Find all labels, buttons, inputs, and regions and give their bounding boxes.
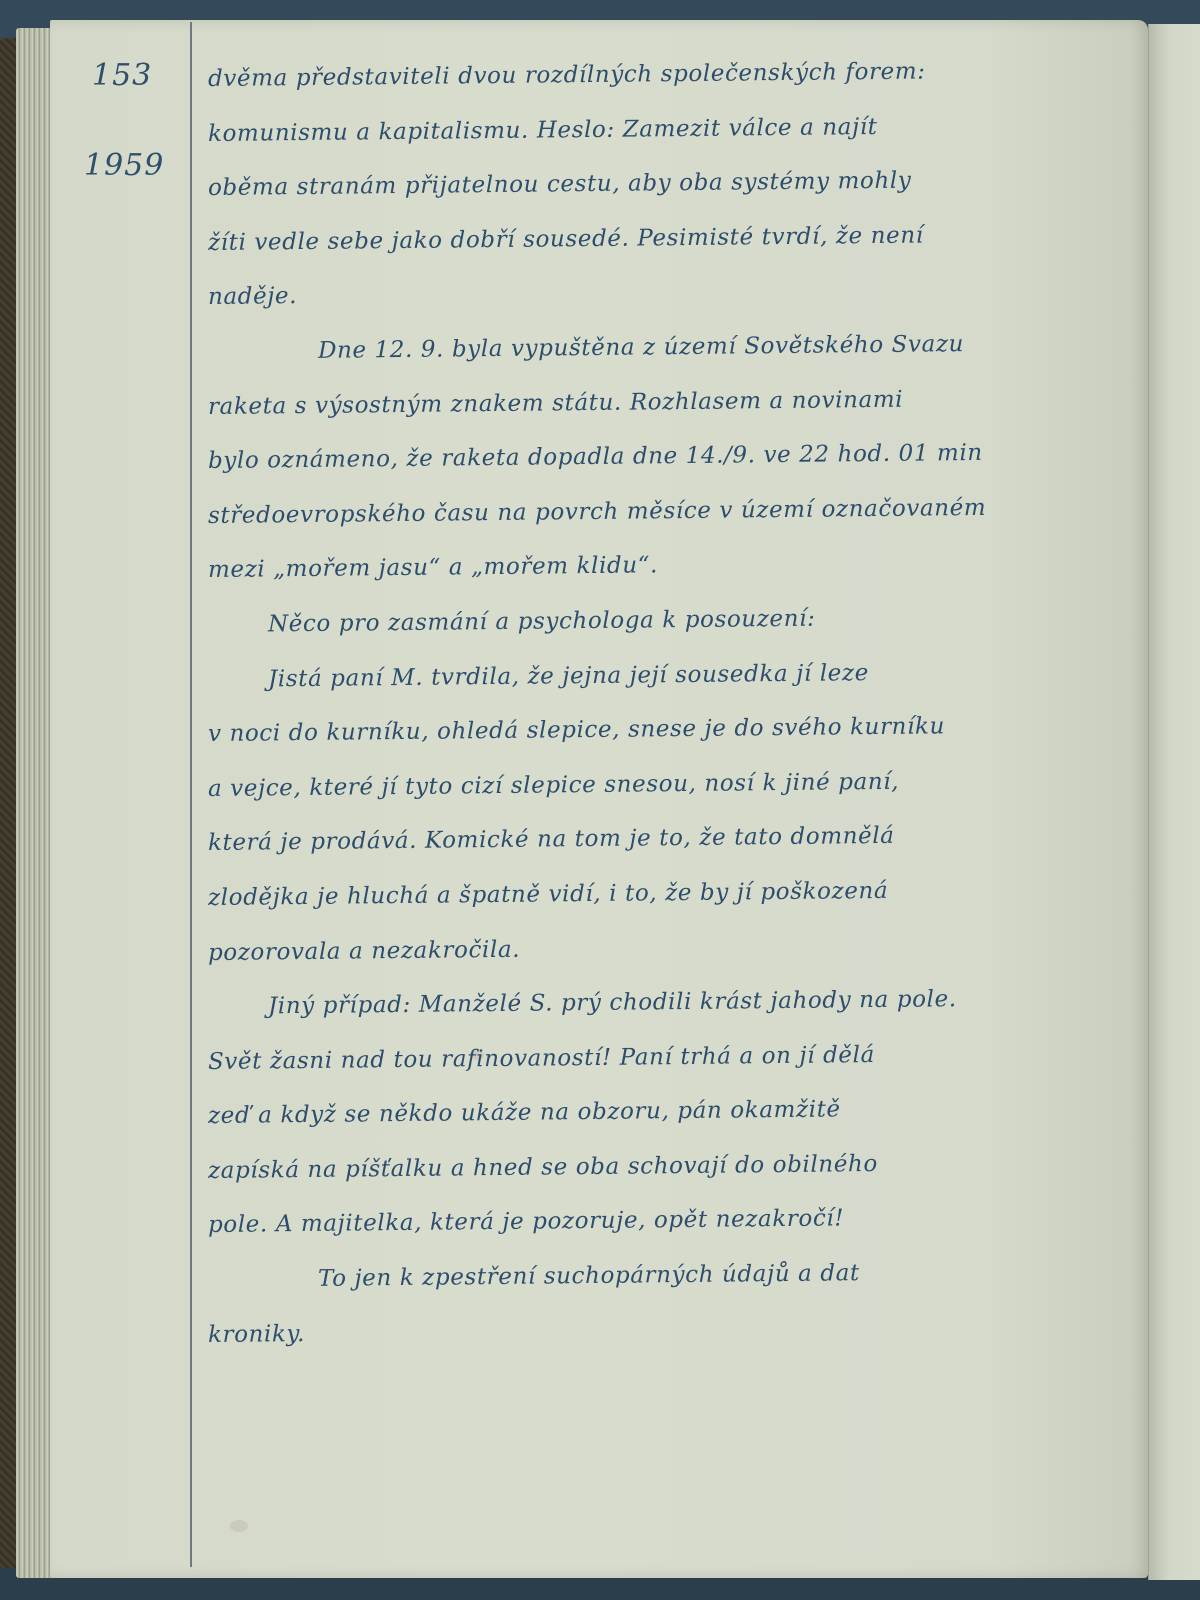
paragraph-start-line: Jistá paní M. tvrdila, že jejna její sou… [208, 643, 1109, 707]
text-line: raketa s výsostným znakem státu. Rozhlas… [208, 370, 1109, 434]
text-line: a vejce, které jí tyto cizí slepice snes… [208, 752, 1109, 816]
text-line: v noci do kurníku, ohledá slepice, snese… [208, 698, 1109, 762]
text-line: žíti vedle sebe jako dobří sousedé. Pesi… [208, 206, 1109, 270]
paragraph-start-line: Něco pro zasmání a psychologa k posouzen… [208, 589, 1109, 653]
scanned-book-scene: 153 1959 dvěma představiteli dvou rozdíl… [0, 0, 1200, 1600]
text-line: pole. A majitelka, která je pozoruje, op… [208, 1189, 1109, 1253]
paragraph-start-line: Dne 12. 9. byla vypuštěna z území Sověts… [208, 316, 1109, 380]
text-line: bylo oznámeno, že raketa dopadla dne 14.… [208, 425, 1109, 489]
text-line: mezi „mořem jasu“ a „mořem klidu“. [208, 534, 1109, 598]
facing-page-edge [1148, 24, 1200, 1580]
text-line: kroniky. [208, 1298, 1109, 1362]
text-line: zeď a když se někdo ukáže na obzoru, pán… [208, 1080, 1109, 1144]
text-line: oběma stranám přijatelnou cestu, aby oba… [208, 152, 1109, 216]
margin-year: 1959 [84, 148, 164, 183]
text-line: středoevropského času na povrch měsíce v… [208, 479, 1109, 543]
text-line: komunismu a kapitalismu. Heslo: Zamezit … [208, 97, 1109, 161]
text-line: pozorovala a nezakročila. [208, 916, 1109, 980]
margin-rule [190, 22, 192, 1567]
text-line: zapíská na píšťalku a hned se oba schova… [208, 1134, 1109, 1198]
text-line: dvěma představiteli dvou rozdílných spol… [208, 43, 1109, 107]
paragraph-start-line: Jiný případ: Manželé S. prý chodili krás… [208, 971, 1109, 1035]
text-line: Svět žasni nad tou rafinovaností! Paní t… [208, 1025, 1109, 1089]
paper-stain [230, 1520, 248, 1532]
margin-page-number: 153 [92, 58, 152, 93]
text-line: zlodějka je hluchá a špatně vidí, i to, … [208, 861, 1109, 925]
text-line: naděje. [208, 261, 1109, 325]
stacked-page-edges [16, 28, 52, 1578]
text-line: která je prodává. Komické na tom je to, … [208, 807, 1109, 871]
handwritten-body: dvěma představiteli dvou rozdílných spol… [208, 52, 1108, 1362]
paragraph-start-line: To jen k zpestření suchopárných údajů a … [208, 1244, 1109, 1308]
